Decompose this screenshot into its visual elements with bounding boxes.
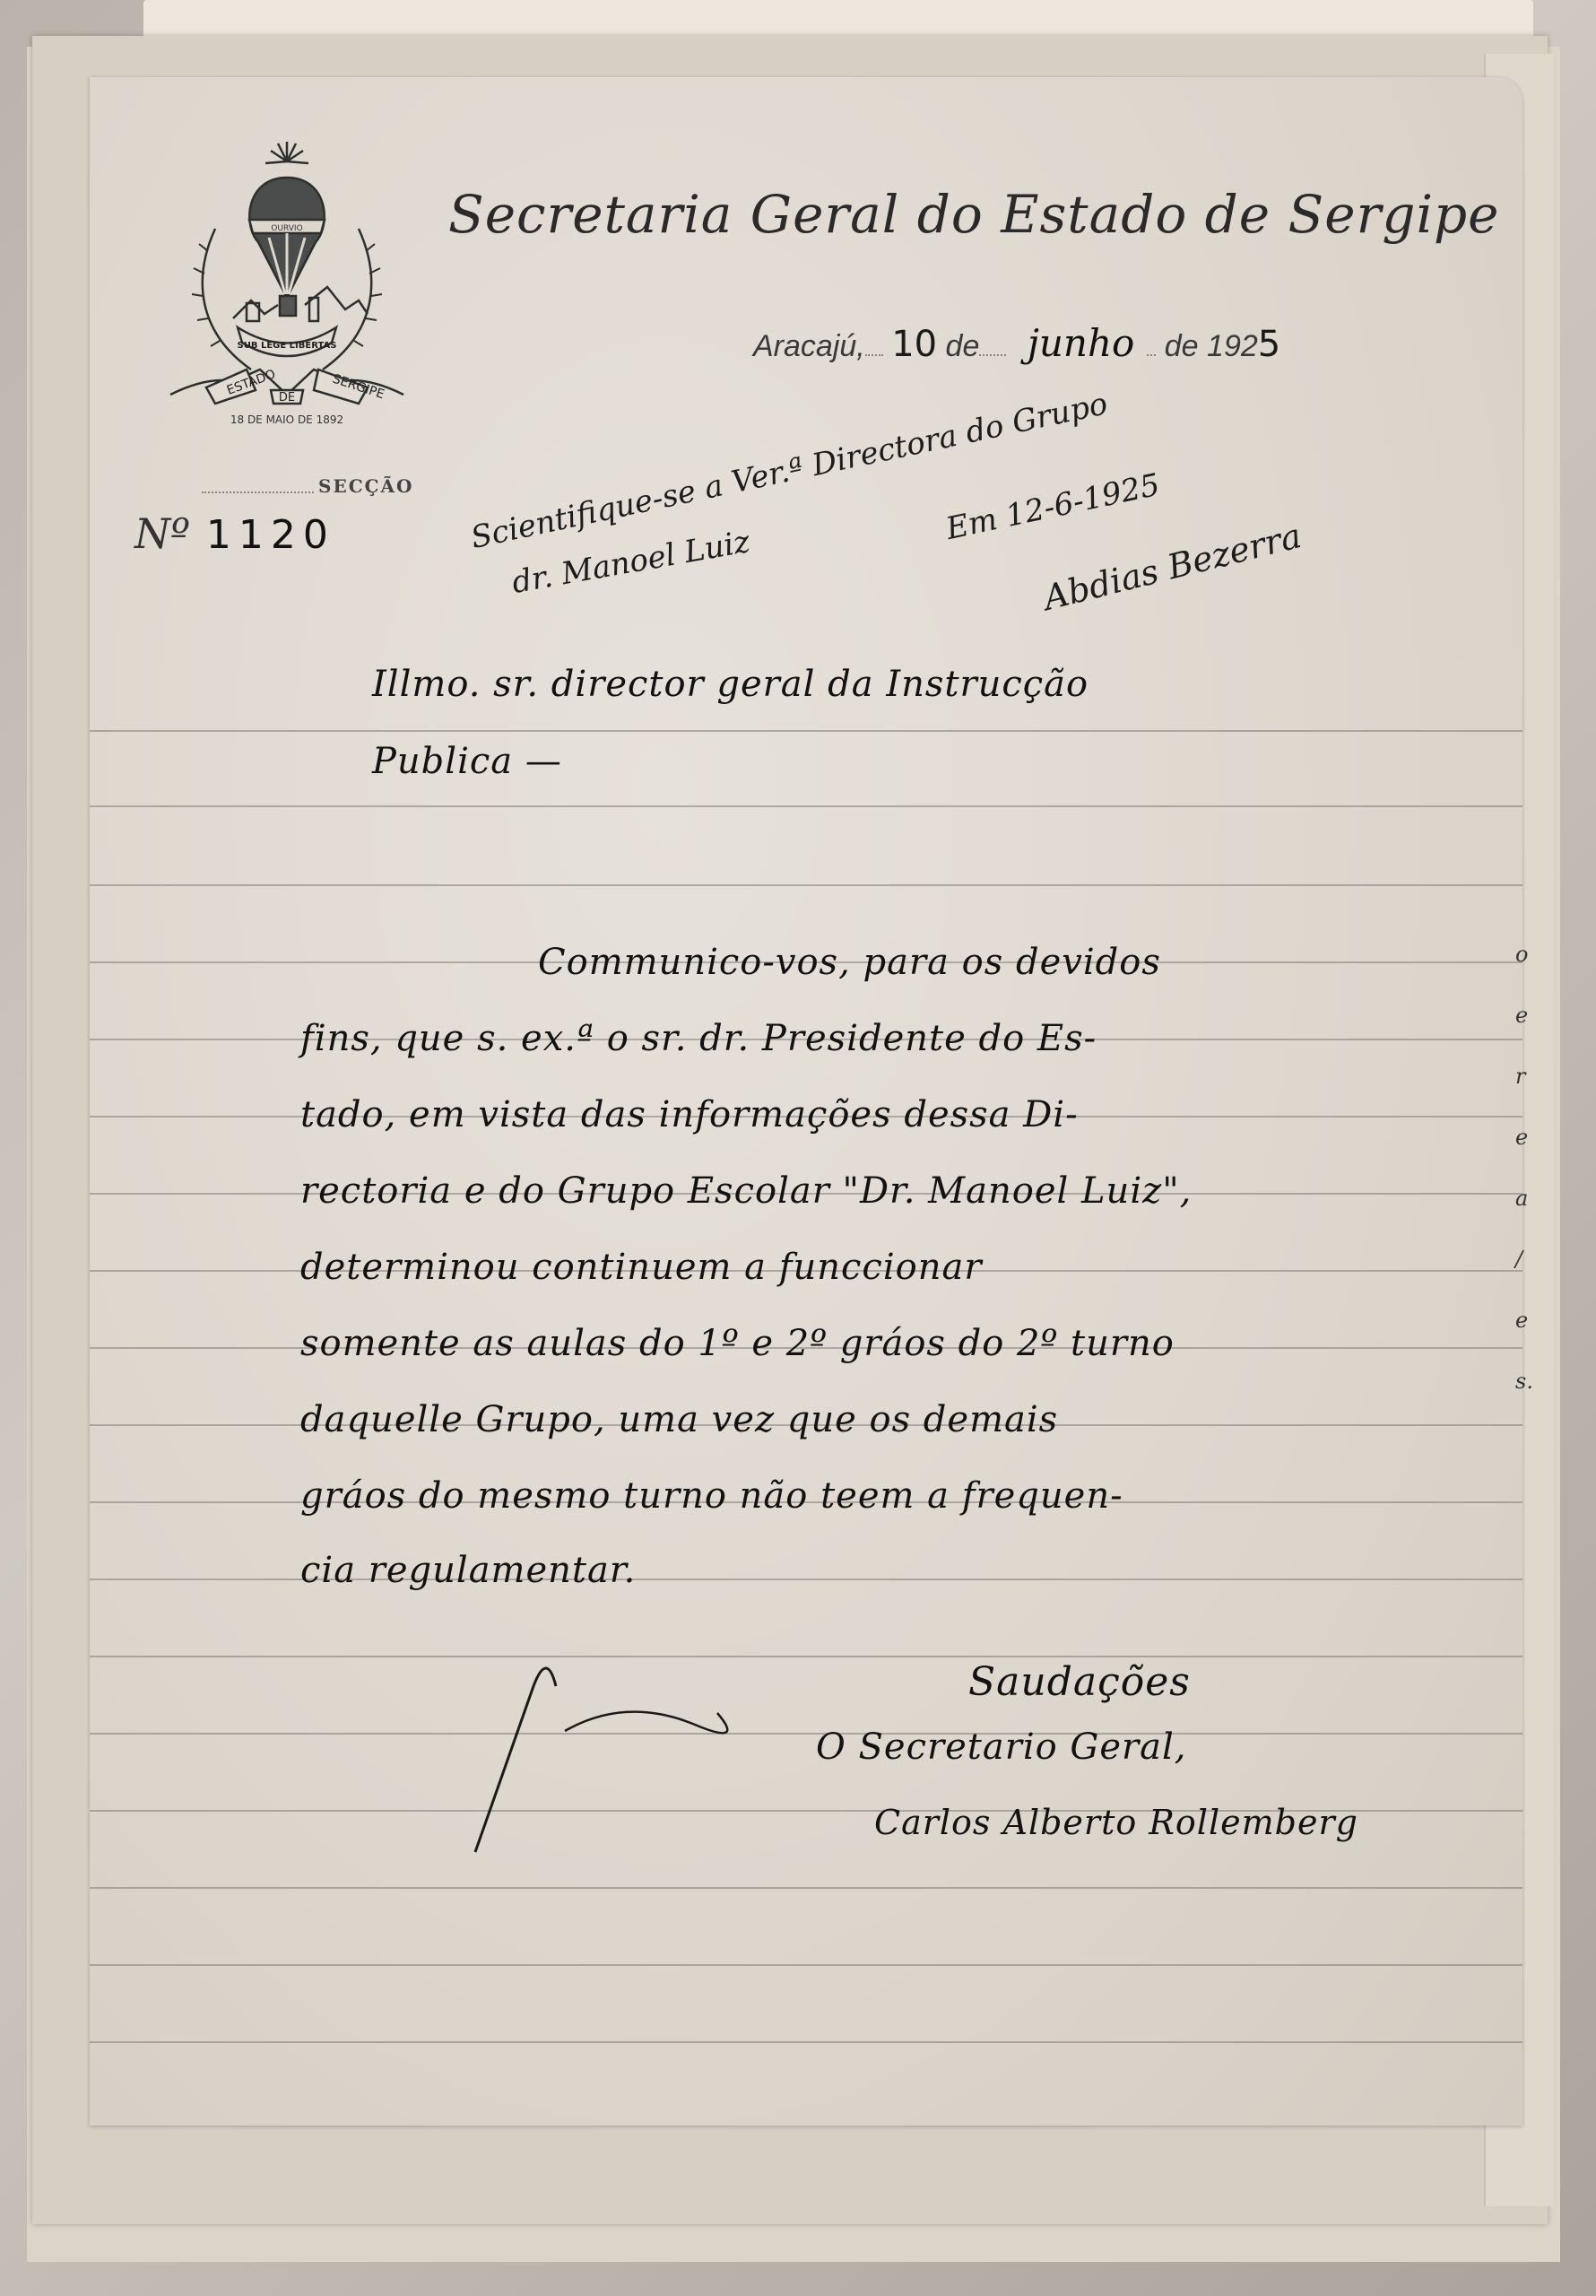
body-line: tado, em vista das informações dessa Di- — [300, 1094, 1079, 1135]
dispatch-annotation: Scientifique-se a Ver.ª Directora do Gru… — [475, 386, 1497, 628]
number-label: Nº — [134, 509, 190, 558]
date-month: junho — [1028, 321, 1134, 365]
svg-text:SUB LEGE LIBERTAS: SUB LEGE LIBERTAS — [238, 341, 337, 351]
body-line: somente as aulas do 1º e 2º gráos do 2º … — [300, 1323, 1175, 1364]
body-line: rectoria e do Grupo Escolar "Dr. Manoel … — [300, 1170, 1192, 1212]
margin-note: s. — [1515, 1351, 1551, 1412]
closing-title: O Secretario Geral, — [816, 1726, 1187, 1768]
margin-note: e — [1515, 1290, 1551, 1351]
section-label: SECÇÃO — [318, 475, 413, 497]
document-number: Nº1120 — [134, 509, 335, 558]
body-line: daquelle Grupo, uma vez que os demais — [300, 1399, 1058, 1440]
closing-greeting: Saudações — [968, 1659, 1191, 1705]
date-place: Aracajú, — [753, 329, 865, 363]
date-line: Aracajú, 10 de junho de 1925 — [753, 321, 1280, 365]
annotation-signature: Abdias Bezerra — [1039, 516, 1305, 618]
svg-text:OURVIO: OURVIO — [271, 224, 302, 233]
margin-notes: o e r e a / e s. — [1515, 924, 1551, 1412]
ruled-line — [90, 730, 1522, 732]
ruled-line — [90, 2041, 1522, 2043]
closing-signatory: Carlos Alberto Rollemberg — [874, 1803, 1358, 1842]
date-de-2: de — [1165, 329, 1199, 363]
date-year-handwritten: 5 — [1258, 324, 1280, 365]
crest-date: 18 DE MAIO DE 1892 — [230, 413, 343, 426]
body-line: Communico-vos, para os devidos — [538, 942, 1161, 983]
date-de-1: de — [946, 329, 980, 363]
margin-note: e — [1515, 1107, 1551, 1168]
salutation-line: Illmo. sr. director geral da Instrucção — [372, 664, 1089, 705]
margin-note: e — [1515, 985, 1551, 1046]
date-day: 10 — [891, 324, 937, 365]
body-line: gráos do mesmo turno não teem a frequen- — [300, 1475, 1123, 1517]
salutation-line: Publica — — [372, 741, 562, 782]
section-dotted-line — [202, 491, 314, 493]
margin-note: / — [1515, 1229, 1551, 1290]
body-line: cia regulamentar. — [300, 1550, 636, 1591]
ruled-line — [90, 1964, 1522, 1966]
body-line: determinou continuem a funccionar — [300, 1247, 982, 1288]
crest-ribbon-left: ESTADO — [225, 367, 278, 397]
number-value: 1120 — [206, 512, 335, 558]
margin-note: r — [1515, 1046, 1551, 1107]
body-line: fins, que s. ex.ª o sr. dr. Presidente d… — [300, 1018, 1097, 1059]
crest-ribbon-center: DE — [279, 391, 295, 404]
date-year-printed: 192 — [1207, 329, 1258, 363]
margin-note: o — [1515, 924, 1551, 985]
ruled-line — [90, 805, 1522, 807]
margin-note: a — [1515, 1168, 1551, 1229]
ruled-line — [90, 884, 1522, 886]
coat-of-arms-icon: OURVIO SUB LEGE LIBERTAS ESTADO DE SERGI… — [152, 135, 421, 439]
letterhead-title: Secretaria Geral do Estado de Sergipe — [448, 184, 1499, 245]
annotation-date: Em 12-6-1925 — [943, 467, 1163, 547]
